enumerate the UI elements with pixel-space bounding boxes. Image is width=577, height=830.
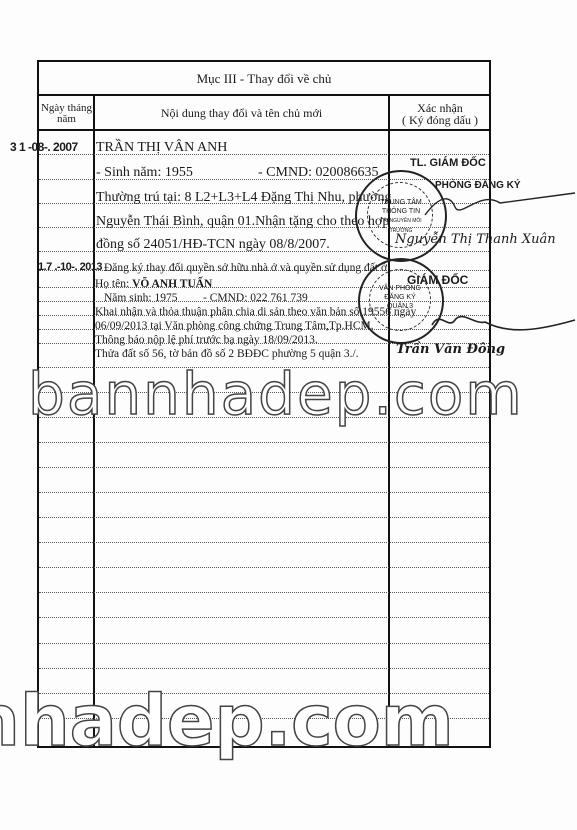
stamp-1-line2: THÔNG TIN: [382, 208, 420, 215]
entry-1-signature-stroke: [420, 185, 577, 225]
header-confirm: Xác nhận( Ký đóng dấu ): [390, 97, 490, 130]
stamp-2-line2: ĐĂNG KÝ: [384, 294, 416, 301]
header-date-line2: năm: [57, 113, 76, 125]
ruled-line: [39, 592, 489, 593]
ruled-line: [39, 643, 489, 644]
ruled-line: [39, 367, 489, 368]
ruled-line: [39, 542, 489, 543]
header-content: Nội dung thay đổi và tên chủ mới: [95, 97, 388, 130]
ruled-line: [39, 517, 489, 518]
entry-1-birth-year: - Sinh năm: 1955: [96, 165, 193, 181]
stamp-2-line3: QUẬN 3: [387, 303, 413, 310]
entry-1-address: Thường trú tại: 8 L2+L3+L4 Đặng Thị Nhu,…: [96, 190, 392, 206]
entry-2-signature-title: GIÁM ĐỐC: [407, 273, 468, 287]
ruled-line: [39, 467, 489, 468]
header-date: Ngày thángnăm: [39, 97, 94, 130]
entry-2-name-row: Họ tên: VÕ ANH TUẤN: [95, 278, 212, 290]
entry-2-parcel: Thửa đất số 56, tờ bản đồ số 2 BĐĐC phườ…: [95, 348, 359, 360]
ruled-line: [39, 392, 489, 393]
entry-1-ward: Nguyễn Thái Bình, quận 01.Nhận tặng cho …: [96, 214, 389, 230]
ruled-line: [39, 567, 489, 568]
entry-1-date: 3 1 -08-. 2007: [10, 140, 78, 154]
entry-2-id-number: - CMND: 022 761 739: [203, 292, 308, 304]
entry-1-signature-title: TL. GIÁM ĐỐC: [410, 157, 486, 169]
entry-1-contract: đồng số 24051/HĐ-TCN ngày 08/8/2007.: [96, 237, 330, 253]
entry-2-notary: 06/09/2013 tại Văn phòng công chứng Trun…: [95, 320, 374, 332]
entry-2-date: 1.7 .-10-. 2013: [38, 261, 102, 273]
entry-2-name-label: Họ tên:: [95, 278, 132, 290]
entry-2-fee-notice: Thông báo nộp lệ phí trước bạ ngày 18/09…: [95, 334, 318, 346]
stamp-1-line1: TRUNG TÂM: [380, 199, 421, 206]
section-title: Mục III - Thay đổi về chủ: [39, 62, 489, 95]
ruled-line: [39, 417, 489, 418]
title-divider: [39, 94, 489, 96]
entry-2-signer-name: Trần Văn Đông: [396, 342, 505, 357]
ruled-line: [39, 492, 489, 493]
header-confirm-line2: ( Ký đóng dấu ): [402, 113, 478, 127]
entry-1-id-number: - CMND: 020086635: [258, 165, 379, 181]
ruled-line: [39, 617, 489, 618]
entry-2-registration-title: Đăng ký thay đổi quyền sở hữu nhà ở và q…: [104, 262, 390, 274]
entry-2-owner-name: VÕ ANH TUẤN: [132, 278, 212, 290]
entry-1-owner-name: TRẦN THỊ VÂN ANH: [96, 140, 227, 156]
ruled-line: [39, 668, 489, 669]
date-column-divider: [93, 96, 95, 746]
entry-2-birth-year: Năm sinh: 1975: [104, 292, 177, 304]
ruled-line: [39, 693, 489, 694]
entry-1-signer-name: Nguyễn Thị Thanh Xuân: [395, 232, 556, 247]
ruled-line: [39, 442, 489, 443]
ruled-line: [39, 718, 489, 719]
